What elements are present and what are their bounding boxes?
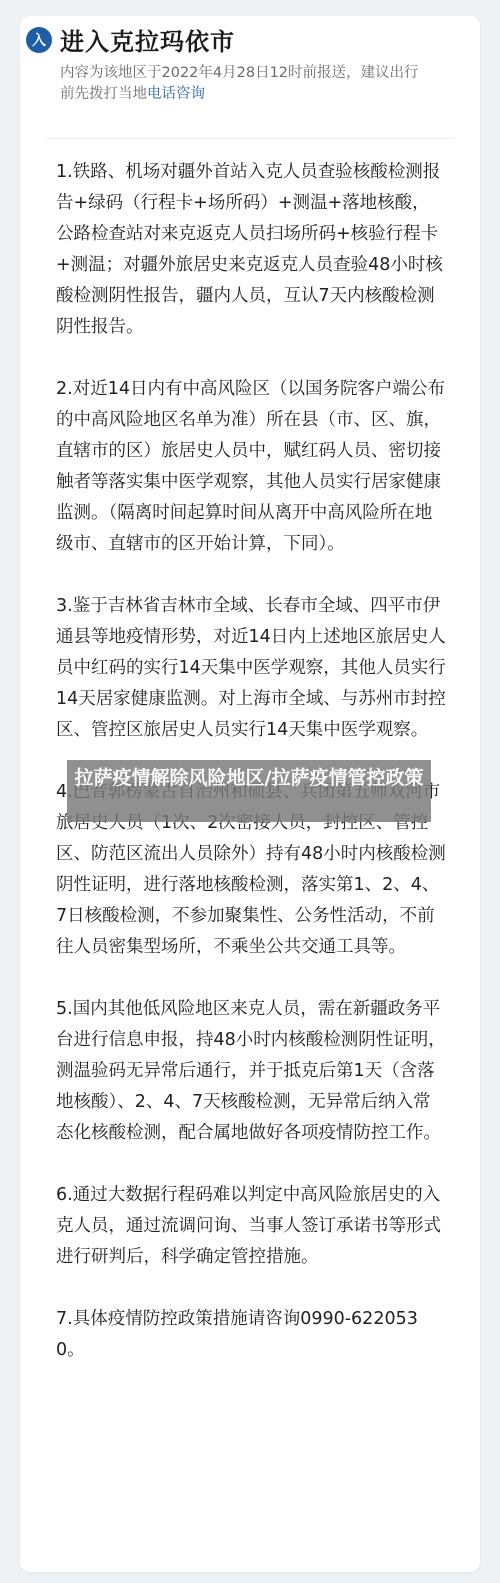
title-row: 入 进入克拉玛依市 bbox=[26, 22, 474, 57]
card-header: 入 进入克拉玛依市 内容为该地区于2022年4月28日12时前报送，建议出行前先… bbox=[26, 22, 474, 105]
report-note: 内容为该地区于2022年4月28日12时前报送，建议出行前先拨打当地电话咨询 bbox=[60, 63, 430, 105]
policy-item-5: 5.国内其他低风险地区来克人员，需在新疆政务平台进行信息申报，持48小时内核酸检… bbox=[56, 994, 446, 1149]
policy-item-2: 2.对近14日内有中高风险区（以国务院客户端公布的中高风险地区名单为准）所在县（… bbox=[56, 374, 446, 560]
policy-item-3: 3.鉴于吉林省吉林市全域、长春市全域、四平市伊通县等地疫情形势，对近14日内上述… bbox=[56, 591, 446, 746]
report-note-text: 内容为该地区于2022年4月28日12时前报送，建议出行前先拨打当地 bbox=[60, 65, 419, 102]
overlay-caption-banner: 拉萨疫情解除风险地区/拉萨疫情管控政策 bbox=[67, 760, 431, 822]
policy-item-7: 7.具体疫情防控政策措施请咨询0990-6220530。 bbox=[56, 1304, 446, 1366]
policy-item-6: 6.通过大数据行程码难以判定中高风险旅居史的入克人员，通过流调问询、当事人签订承… bbox=[56, 1180, 446, 1273]
policy-item-1: 1.铁路、机场对疆外首站入克人员查验核酸检测报告+绿码（行程卡+场所码）+测温+… bbox=[56, 157, 446, 343]
page-title: 进入克拉玛依市 bbox=[60, 22, 235, 57]
enter-icon: 入 bbox=[26, 27, 52, 53]
phone-consult-link[interactable]: 电话咨询 bbox=[147, 86, 205, 102]
divider bbox=[46, 138, 454, 139]
